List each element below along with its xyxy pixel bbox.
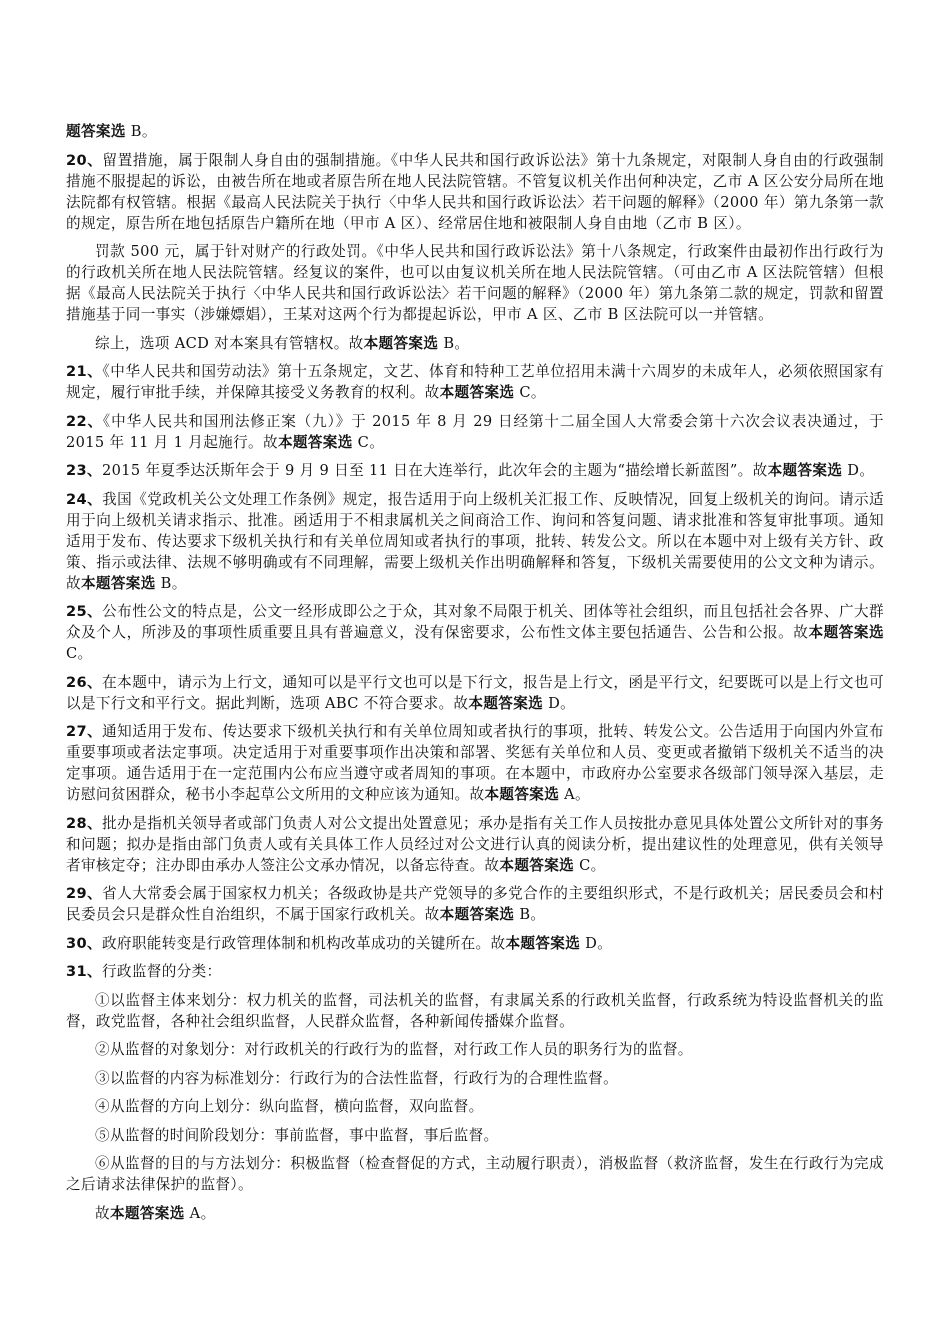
question-21-explanation: 21、《中华人民共和国劳动法》第十五条规定，文艺、体育和特种工艺单位招用未满十六…: [66, 361, 884, 403]
question-22-explanation: 22、《中华人民共和国刑法修正案（九）》于 2015 年 8 月 29 日经第十…: [66, 411, 884, 453]
answer-label: 题答案选: [66, 123, 126, 140]
explanation-text: ②从监督的对象划分：对行政机关的行政行为的监督，对行政工作人员的职务行为的监督。: [95, 1041, 693, 1058]
answer-label: 本题答案选: [499, 857, 574, 874]
answer-value: A。: [559, 786, 590, 803]
answer-value: B。: [514, 906, 545, 923]
answer-value: B。: [438, 335, 469, 352]
question-30-explanation: 30、政府职能转变是行政管理体制和机构改革成功的关键所在。故本题答案选 D。: [66, 933, 884, 954]
question-number: 23、: [66, 462, 102, 479]
question-number: 22、: [66, 413, 103, 430]
explanation-text: 《中华人民共和国刑法修正案（九）》于 2015 年 8 月 29 日经第十二届全…: [66, 413, 884, 451]
answer-label: 本题答案选: [808, 624, 884, 641]
question-number: 28、: [66, 815, 102, 832]
question-29-explanation: 29、省人大常委会属于国家权力机关；各级政协是共产党领导的多党合作的主要组织形式…: [66, 883, 884, 925]
question-24-explanation: 24、我国《党政机关公文处理工作条例》规定，报告适用于向上级机关汇报工作、反映情…: [66, 489, 884, 594]
explanation-text: ⑤从监督的时间阶段划分：事前监督，事中监督，事后监督。: [95, 1127, 498, 1144]
answer-label: 本题答案选: [484, 786, 559, 803]
answer-label: 本题答案选: [440, 384, 515, 401]
explanation-text: 批办是指机关领导者或部门负责人对公文提出处置意见；承办是指有关工作人员按批办意见…: [66, 815, 884, 874]
explanation-text: ⑥从监督的目的与方法划分：积极监督（检查督促的方式，主动履行职责），消极监督（救…: [66, 1155, 884, 1193]
explanation-text: 2015 年夏季达沃斯年会于 9 月 9 日至 11 日在大连举行，此次年会的主…: [102, 462, 768, 479]
question-27-explanation: 27、通知适用于发布、传达要求下级机关执行和有关单位周知或者执行的事项，批转、转…: [66, 721, 884, 805]
answer-label: 本题答案选: [81, 575, 156, 592]
question-20-fine-paragraph: 罚款 500 元，属于针对财产的行政处罚。《中华人民共和国行政诉讼法》第十八条规…: [66, 241, 884, 325]
question-number: 20、: [66, 152, 102, 169]
explanation-text: 通知适用于发布、传达要求下级机关执行和有关单位周知或者执行的事项，批转、转发公文…: [66, 723, 884, 803]
question-number: 25、: [66, 603, 102, 620]
answer-label: 本题答案选: [468, 695, 543, 712]
question-number: 29、: [66, 885, 102, 902]
answer-label: 本题答案选: [278, 434, 353, 451]
answer-value: C。: [514, 384, 545, 401]
answer-label: 本题答案选: [110, 1205, 185, 1222]
supervision-type-1: ①以监督主体来划分：权力机关的监督，司法机关的监督，有隶属关系的行政机关监督，行…: [66, 990, 884, 1032]
supervision-type-3: ③以监督的内容为标准划分：行政行为的合法性监督，行政行为的合理性监督。: [66, 1068, 884, 1089]
question-number: 31、: [66, 963, 102, 980]
question-number: 27、: [66, 723, 102, 740]
answer-value: B。: [156, 575, 187, 592]
question-number: 26、: [66, 674, 102, 691]
explanation-text: 故: [95, 1205, 110, 1222]
answer-label: 本题答案选: [364, 335, 439, 352]
question-23-explanation: 23、2015 年夏季达沃斯年会于 9 月 9 日至 11 日在大连举行，此次年…: [66, 460, 884, 481]
explanation-text: 我国《党政机关公文处理工作条例》规定，报告适用于向上级机关汇报工作、反映情况，回…: [66, 491, 884, 592]
answer-label: 本题答案选: [768, 462, 843, 479]
supervision-type-2: ②从监督的对象划分：对行政机关的行政行为的监督，对行政工作人员的职务行为的监督。: [66, 1039, 884, 1060]
supervision-type-4: ④从监督的方向上划分：纵向监督，横向监督，双向监督。: [66, 1096, 884, 1117]
explanation-text: ③以监督的内容为标准划分：行政行为的合法性监督，行政行为的合理性监督。: [95, 1070, 618, 1087]
explanation-text: ④从监督的方向上划分：纵向监督，横向监督，双向监督。: [95, 1098, 484, 1115]
answer-value: D。: [580, 935, 612, 952]
explanation-text: 政府职能转变是行政管理体制和机构改革成功的关键所在。故: [102, 935, 505, 952]
supervision-type-6: ⑥从监督的目的与方法划分：积极监督（检查督促的方式，主动履行职责），消极监督（救…: [66, 1153, 884, 1195]
explanation-text: 罚款 500 元，属于针对财产的行政处罚。《中华人民共和国行政诉讼法》第十八条规…: [66, 243, 884, 323]
document-page: 题答案选 B。 20、留置措施，属于限制人身自由的强制措施。《中华人民共和国行政…: [66, 121, 884, 1231]
answer-label: 本题答案选: [505, 935, 580, 952]
question-26-explanation: 26、在本题中，请示为上行文，通知可以是平行文也可以是下行文，报告是上行文，函是…: [66, 672, 884, 714]
explanation-text: 行政监督的分类：: [102, 963, 222, 980]
explanation-text: 综上，选项 ACD 对本案具有管辖权。故: [95, 335, 364, 352]
answer-value: A。: [185, 1205, 216, 1222]
question-number: 24、: [66, 491, 102, 508]
question-28-explanation: 28、批办是指机关领导者或部门负责人对公文提出处置意见；承办是指有关工作人员按批…: [66, 813, 884, 876]
explanation-text: 留置措施，属于限制人身自由的强制措施。《中华人民共和国行政诉讼法》第十九条规定，…: [66, 152, 884, 232]
answer-value: D。: [842, 462, 874, 479]
answer-value: D。: [543, 695, 575, 712]
answer-label: 本题答案选: [440, 906, 515, 923]
explanation-text: ①以监督主体来划分：权力机关的监督，司法机关的监督，有隶属关系的行政机关监督，行…: [66, 992, 884, 1030]
answer-value: C。: [353, 434, 384, 451]
question-20-explanation: 20、留置措施，属于限制人身自由的强制措施。《中华人民共和国行政诉讼法》第十九条…: [66, 150, 884, 234]
supervision-type-5: ⑤从监督的时间阶段划分：事前监督，事中监督，事后监督。: [66, 1125, 884, 1146]
question-25-explanation: 25、公布性公文的特点是，公文一经形成即公之于众，其对象不局限于机关、团体等社会…: [66, 601, 884, 664]
answer-value: C。: [574, 857, 605, 874]
question-number: 21、: [66, 363, 102, 380]
question-20-conclusion: 综上，选项 ACD 对本案具有管辖权。故本题答案选 B。: [66, 333, 884, 354]
answer-value: C。: [66, 645, 92, 662]
question-number: 30、: [66, 935, 102, 952]
question-31-explanation: 31、行政监督的分类：: [66, 961, 884, 982]
question-31-conclusion: 故本题答案选 A。: [66, 1203, 884, 1224]
explanation-text: 公布性公文的特点是，公文一经形成即公之于众，其对象不局限于机关、团体等社会组织，…: [66, 603, 884, 641]
answer-value: B。: [126, 123, 157, 140]
answer-continuation: 题答案选 B。: [66, 121, 884, 142]
